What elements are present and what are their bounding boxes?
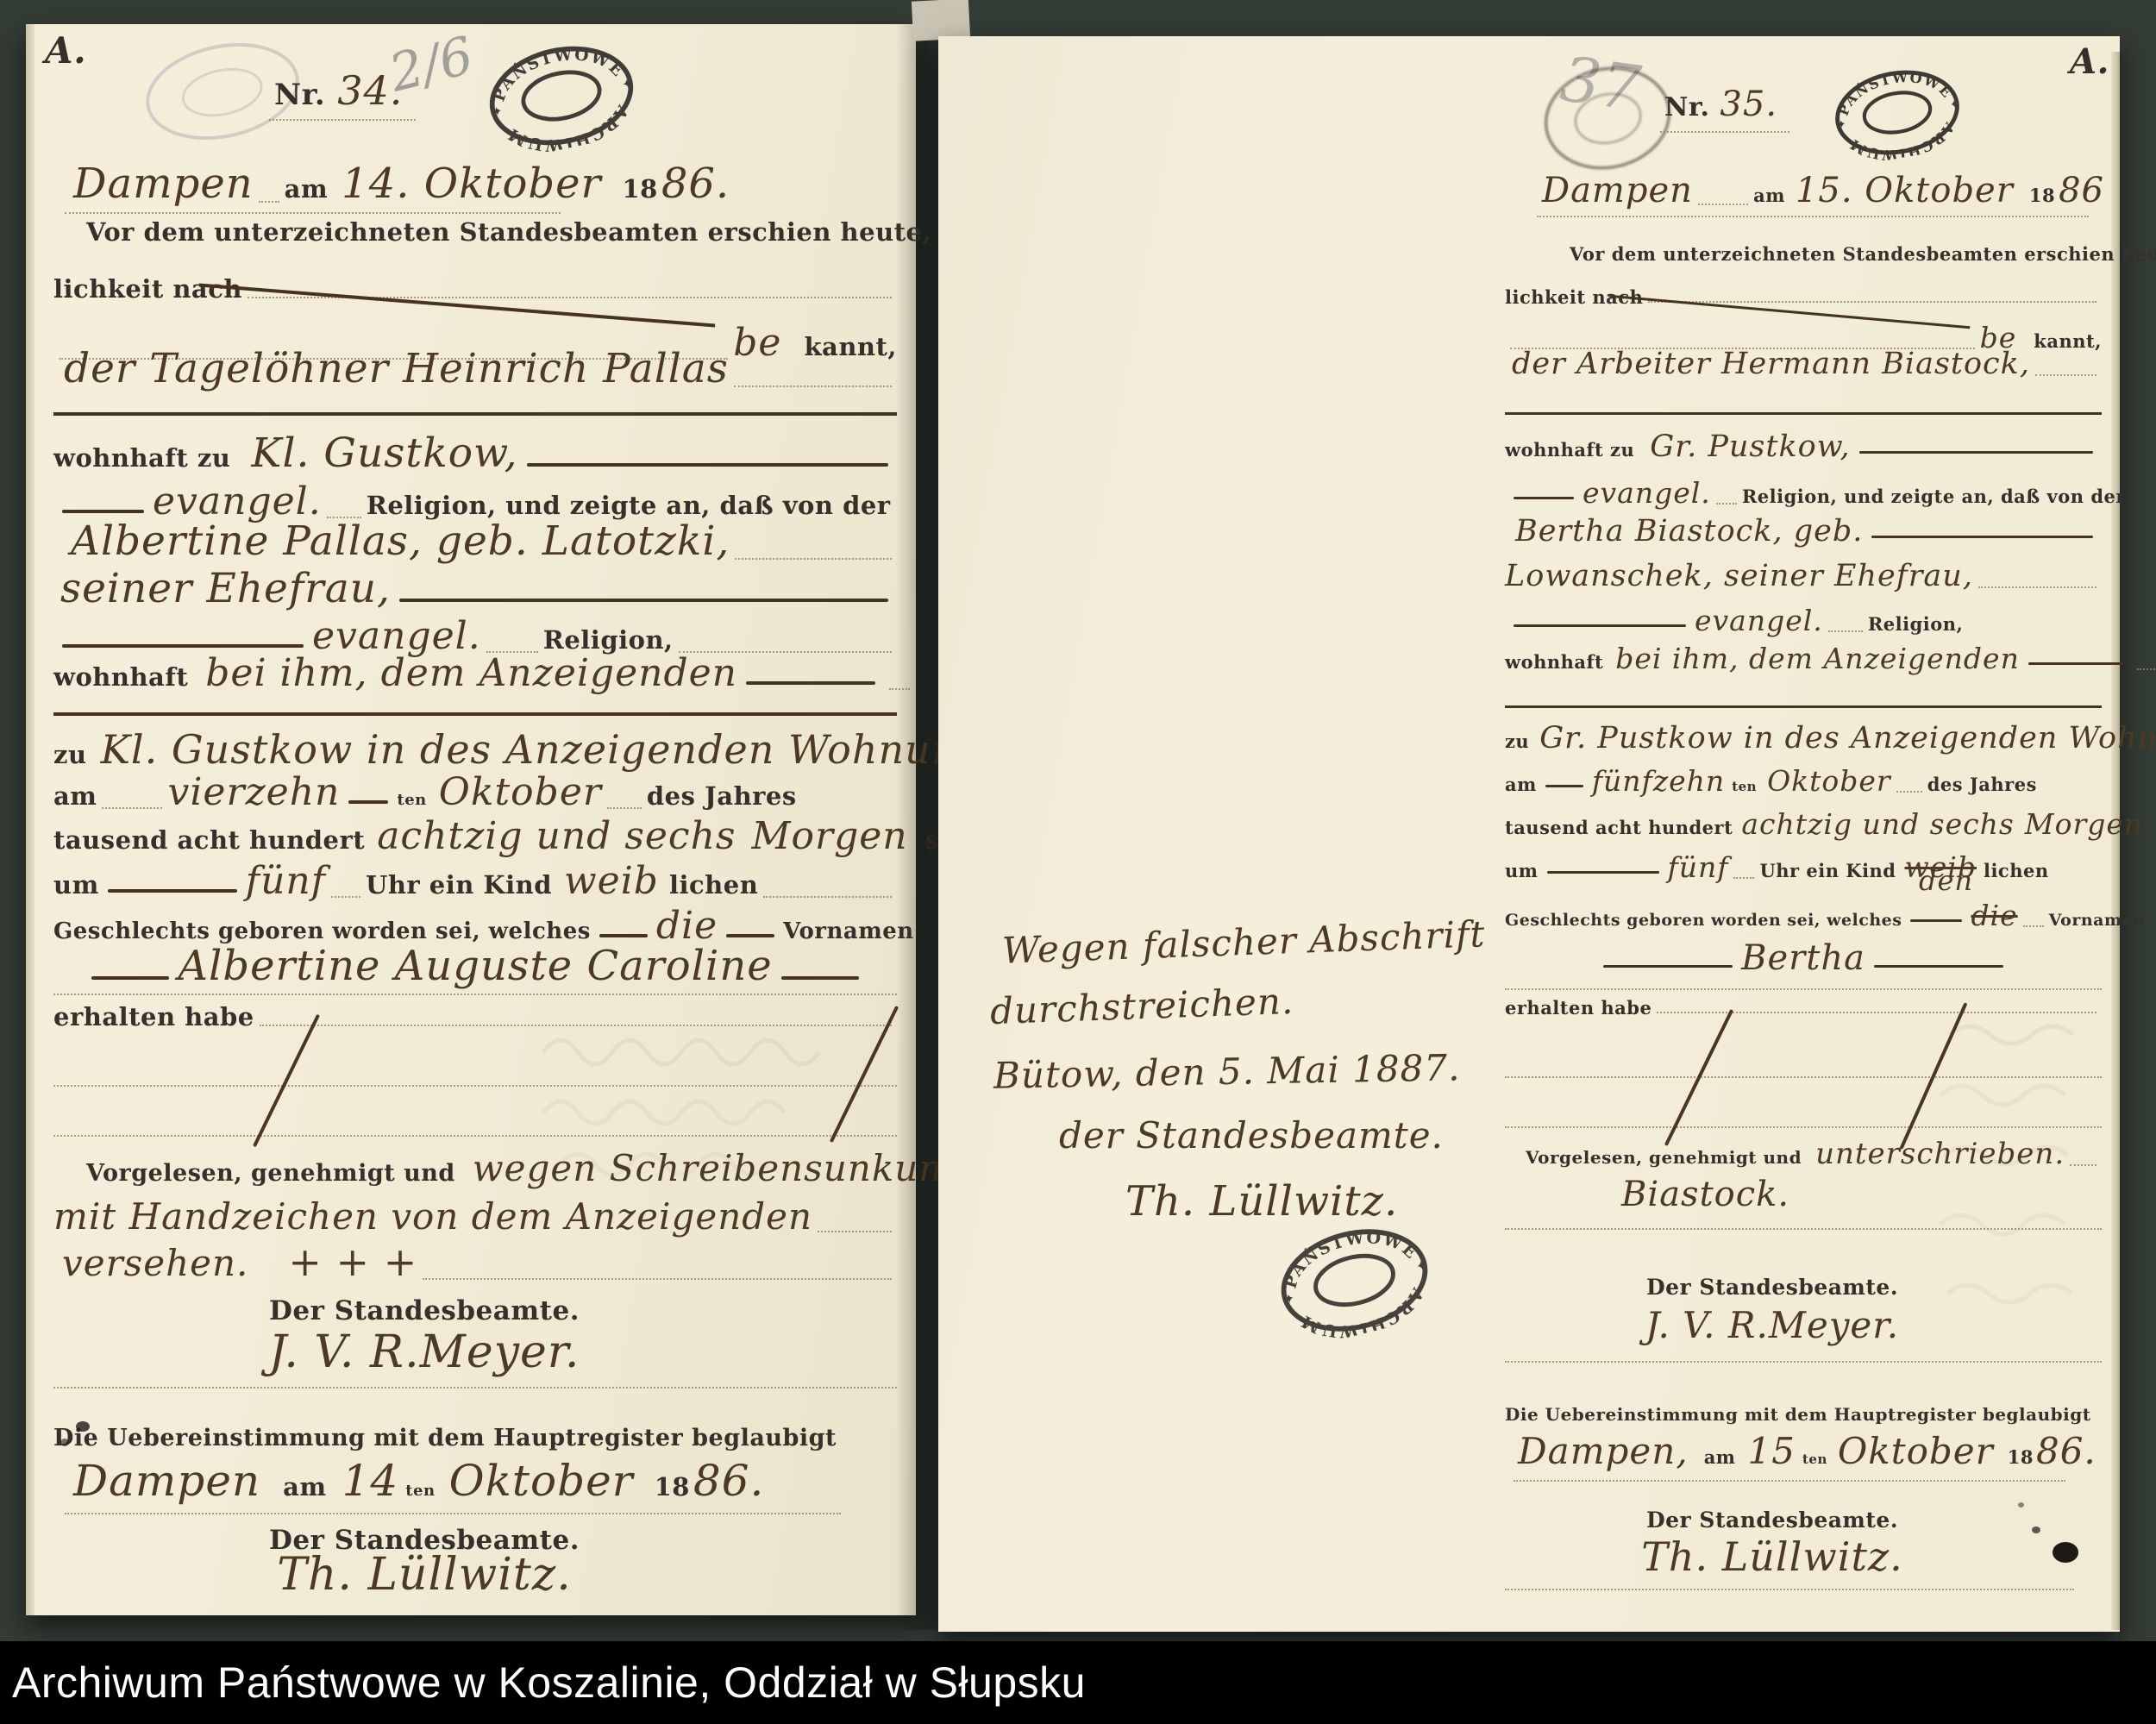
closing-line2-left: mit Handzeichen von dem Anzeigenden	[53, 1195, 897, 1238]
wohnhaft-zu-label-right: wohnhaft zu	[1505, 439, 1634, 461]
closing-line3-left: versehen. + + +	[53, 1238, 897, 1285]
annotation-text2: durchstreichen.	[989, 980, 1294, 1032]
ink-strike	[1859, 451, 2093, 454]
dotted-rule	[1505, 1589, 2074, 1590]
uhr-ein-kind-label: Uhr ein Kind	[366, 870, 552, 900]
morgens-written: Morgen	[752, 814, 908, 858]
religion2-written-right: evangel.	[1695, 604, 1823, 637]
am-label: am	[285, 174, 328, 204]
declarant-written: der Tagelöhner Heinrich Pallas	[64, 345, 729, 392]
residence2-written: bei ihm, dem Anzeigenden	[205, 651, 737, 695]
dotted-fill	[763, 896, 892, 898]
erhalten-habe-label: erhalten habe	[53, 1002, 254, 1031]
residence2-line-right: wohnhaft bei ihm, dem Anzeigenden	[1505, 642, 2102, 675]
ink-smudge	[76, 1421, 90, 1432]
dotted-fill	[1978, 586, 2096, 588]
dotted-rule	[269, 119, 416, 121]
wohnhaft-label-right: wohnhaft	[1505, 651, 1603, 673]
ink-strike	[1874, 965, 2003, 968]
beglaubigt-label: Die Uebereinstimmung mit dem Hauptregist…	[53, 1425, 837, 1451]
birthplace-line-left: zu Kl. Gustkow in des Anzeigenden Wohnun…	[53, 726, 897, 773]
smudged-stamp-inner	[1570, 87, 1646, 151]
corner-letter-left: A.	[45, 29, 86, 72]
religion-zeigte-label: Religion, und zeigte an, daß von der	[367, 491, 891, 520]
birthyear-written-right: achtzig und sechs	[1741, 807, 2014, 841]
dotted-fill	[889, 688, 910, 690]
year-printed-right: 18	[2029, 185, 2055, 206]
ink-strike	[91, 976, 169, 980]
bleed-through-decoration	[535, 1018, 897, 1190]
birthplace-written-right: Gr. Pustkow in des Anzeigenden Wohnung	[1539, 721, 2156, 755]
dotted-fill	[2035, 374, 2096, 376]
ink-strike	[746, 681, 875, 685]
um-label-right: um	[1505, 860, 1539, 881]
dotted-rule	[53, 994, 897, 995]
corner-letter-text-right: A.	[2070, 41, 2109, 82]
ehefrau-written: seiner Ehefrau,	[60, 565, 391, 612]
religion-label: Religion,	[543, 625, 674, 655]
mother1-line-left: Albertine Pallas, geb. Latotzki,	[53, 517, 897, 565]
nr-value-right: 35.	[1720, 85, 1777, 124]
dotted-fill	[1733, 877, 1754, 879]
mother2-line-left: seiner Ehefrau,	[53, 565, 897, 612]
certification-date-right: Dampen, am 15 ten Oktober 18 86.	[1518, 1430, 2087, 1472]
dotted-fill	[735, 558, 892, 560]
year-written-right: 86	[2059, 171, 2104, 210]
svg-text:✦: ✦	[621, 76, 635, 92]
dotted-fill	[1657, 1012, 2096, 1013]
standesbeamte-label2-right: Der Standesbeamte.	[1646, 1508, 1898, 1533]
mother1-line-right: Bertha Biastock, geb.	[1505, 514, 2102, 549]
birthhour-written: fünf	[246, 859, 326, 903]
ink-strike	[1603, 965, 1733, 968]
am-label2-right: am	[1505, 774, 1537, 795]
dotted-rule	[1514, 1480, 2065, 1482]
cert-am-label-right: am	[1704, 1446, 1736, 1468]
nr-label-right: Nr.	[1664, 92, 1709, 122]
intro-line2-left: lichkeit nach	[53, 274, 897, 304]
birthmonth-written: Oktober	[439, 770, 602, 814]
certification-date-left: Dampen am 14 ten Oktober 18 86.	[73, 1456, 849, 1506]
certification-line-left: Die Uebereinstimmung mit dem Hauptregist…	[53, 1425, 837, 1451]
ink-strike	[1545, 785, 1583, 787]
ink-blot	[2053, 1542, 2078, 1563]
cert-day-written: 14	[342, 1456, 399, 1506]
intro-line2-right: lichkeit nach	[1505, 286, 2102, 308]
declarant-written-right: der Arbeiter Hermann Biastock,	[1512, 347, 2030, 381]
cert-day-written-right: 15	[1748, 1430, 1796, 1472]
birthhour-line-right: um fünf Uhr ein Kind weib lichen	[1505, 850, 2102, 884]
birthplace-line-right: zu Gr. Pustkow in des Anzeigenden Wohnun…	[1505, 721, 2102, 755]
birthyear-line-right: tausend acht hundert achtzig und sechs M…	[1505, 807, 2102, 841]
dotted-rule	[65, 212, 561, 214]
vornamen-line-right: Geschlechts geboren worden sei, welches …	[1505, 899, 2102, 932]
ink-strike	[781, 976, 859, 980]
morgens-written-right: Morgen	[2025, 807, 2143, 841]
page-stack-edge-right	[2111, 52, 2120, 1630]
birthday-written: vierzehn	[167, 770, 340, 814]
declarant-line-right: der Arbeiter Hermann Biastock,	[1505, 347, 2102, 381]
vorgelesen-label-right: Vorgelesen, genehmigt und	[1526, 1147, 1802, 1168]
lichen-label: lichen	[669, 870, 758, 900]
heavy-rule	[1505, 705, 2102, 708]
handzeichen-crosses: + + +	[288, 1238, 417, 1285]
annotation-line4: der Standesbeamte.	[1059, 1114, 1444, 1157]
zu-label-right: zu	[1505, 730, 1529, 752]
mother2-line-right: Lowanschek, seiner Ehefrau,	[1505, 559, 2102, 593]
uhr-ein-kind-label-right: Uhr ein Kind	[1759, 860, 1896, 881]
ink-blot	[2032, 1527, 2040, 1533]
dotted-fill	[1716, 503, 1737, 505]
dotted-fill	[423, 1278, 892, 1280]
registrar-signature-written: J. V. R.Meyer.	[269, 1326, 580, 1378]
year-written: 86.	[661, 160, 730, 208]
tausend-label-right: tausend acht hundert	[1505, 817, 1733, 838]
ink-strike	[726, 934, 774, 937]
erhalten-habe-label-right: erhalten habe	[1505, 997, 1651, 1019]
article-correction-written: den	[1919, 864, 1973, 897]
date-line-right: Dampen am 15. Oktober 18 86	[1542, 171, 2104, 210]
cert-ten-label: ten	[405, 1482, 435, 1500]
official-title1-left: Der Standesbeamte.	[53, 1295, 795, 1326]
registrar-signature2-left: Th. Lüllwitz.	[53, 1549, 795, 1601]
geschlechts-label: Geschlechts geboren worden sei, welches	[53, 918, 591, 944]
svg-text:✦: ✦	[1414, 1257, 1429, 1275]
residence-written-right: Gr. Pustkow,	[1650, 429, 1850, 464]
dotted-fill	[2137, 668, 2156, 670]
article-correction-right: den	[1919, 864, 1973, 897]
residence-line-right: wohnhaft zu Gr. Pustkow,	[1505, 429, 2102, 464]
cert-year-written: 86.	[693, 1456, 765, 1506]
birthyear-written: achtzig und sechs	[377, 814, 736, 858]
birthyear-line-left: tausend acht hundert achtzig und sechs M…	[53, 814, 897, 858]
archive-caption-bar: Archiwum Państwowe w Koszalinie, Oddział…	[0, 1641, 2156, 1724]
cert-ten-label-right: ten	[1802, 1451, 1827, 1467]
svg-text:✦: ✦	[1282, 1290, 1296, 1308]
ink-strike	[1514, 624, 1686, 627]
standesbeamte-label: Der Standesbeamte.	[269, 1295, 580, 1326]
intro-line1-right: Vor dem unterzeichneten Standesbeamten e…	[1570, 243, 2156, 265]
dotted-fill	[734, 386, 892, 387]
svg-text:✦: ✦	[491, 103, 505, 120]
cert-place-written: Dampen	[73, 1456, 260, 1506]
ink-strike	[348, 800, 388, 804]
annotation-text4: der Standesbeamte.	[1059, 1114, 1444, 1157]
dotted-fill	[1896, 791, 1922, 793]
ink-strike	[108, 889, 237, 893]
corner-letter-right: A.	[2070, 41, 2109, 82]
dotted-rule	[65, 1513, 841, 1514]
annotation-text1: Wegen falscher Abschrift	[1001, 912, 1486, 972]
archive-scan-viewer: { "footer": {"label": "Archiwum Państwow…	[0, 0, 2156, 1724]
dotted-fill	[607, 807, 642, 809]
ink-smudge	[60, 1439, 69, 1446]
residence2-line-left: wohnhaft bei ihm, dem Anzeigenden	[53, 651, 897, 695]
annotation-line2: durchstreichen.	[990, 985, 1294, 1027]
cert-year-written-right: 86.	[2036, 1430, 2096, 1472]
vornamen-label: Vornamen	[783, 918, 914, 944]
ink-strike	[1910, 919, 1962, 922]
ehefrau-written-right: Lowanschek, seiner Ehefrau,	[1505, 559, 1973, 593]
date-written-right: 15. Oktober	[1796, 171, 2014, 210]
entry-number-left: Nr. 34.	[274, 67, 403, 114]
childname-line-right: Bertha	[1505, 938, 2102, 978]
ink-strike	[2028, 662, 2123, 665]
closing2-written: mit Handzeichen von dem Anzeigenden	[53, 1195, 812, 1238]
childname-written-right: Bertha	[1741, 938, 1865, 978]
religion1-line-right: evangel. Religion, und zeigte an, daß vo…	[1505, 476, 2102, 510]
closing3-written: versehen.	[62, 1242, 248, 1284]
um-label: um	[53, 870, 99, 900]
birthhour-written-right: fünf	[1668, 850, 1729, 884]
svg-text:✦: ✦	[1836, 116, 1847, 131]
date-line-left: Dampen am 14. Oktober 18 86.	[73, 160, 591, 208]
ink-strike	[599, 934, 648, 937]
erhalten-line-right: erhalten habe	[1505, 997, 2102, 1019]
official-title2-right: Der Standesbeamte.	[1505, 1508, 2040, 1533]
birthmonth-written-right: Oktober	[1767, 764, 1891, 798]
birthhour-line-left: um fünf Uhr ein Kind weib lichen	[53, 859, 897, 903]
des-jahres-label: des Jahres	[647, 781, 797, 811]
spine-tape	[912, 0, 970, 41]
ten-label: ten	[397, 791, 426, 809]
heavy-rule	[1505, 412, 2102, 415]
dotted-rule	[1660, 131, 1789, 133]
mother-name-written: Albertine Pallas, geb. Latotzki,	[71, 517, 730, 565]
archive-caption-text: Archiwum Państwowe w Koszalinie, Oddział…	[12, 1658, 1086, 1708]
ink-blot	[2018, 1502, 2024, 1508]
registrar-signature-written-right: J. V. R.Meyer.	[1645, 1304, 1899, 1346]
dotted-rule	[53, 1387, 897, 1389]
religion2-line-right: evangel. Religion,	[1505, 604, 2102, 637]
residence2-written-right: bei ihm, dem Anzeigenden	[1615, 642, 2020, 675]
ink-strike	[62, 644, 304, 648]
ink-strike	[527, 463, 888, 467]
childname-line-left: Albertine Auguste Caroline	[53, 942, 897, 990]
cert-place-written-right: Dampen,	[1518, 1430, 1689, 1472]
ink-strike	[399, 599, 888, 602]
dotted-rule	[1537, 216, 2089, 217]
date-written: 14. Oktober	[342, 160, 601, 208]
lichen-label-right: lichen	[1984, 860, 2049, 881]
certification-line-right: Die Uebereinstimmung mit dem Hauptregist…	[1505, 1404, 2090, 1425]
annotation-line3: Bütow, den 5. Mai 1887.	[993, 1050, 1460, 1093]
dotted-fill	[2023, 925, 2044, 927]
dotted-fill	[1648, 301, 2096, 303]
dotted-fill	[331, 896, 360, 898]
birthplace-written: Kl. Gustkow in des Anzeigenden Wohnung	[101, 726, 984, 773]
registrar-signature2-right: Th. Lüllwitz.	[1505, 1533, 2040, 1580]
standesbeamte-label-right: Der Standesbeamte.	[1646, 1275, 1898, 1300]
heavy-rule	[53, 412, 897, 416]
nr-label: Nr.	[274, 78, 325, 112]
year-printed: 18	[622, 174, 657, 204]
article-struck-written: die	[1971, 899, 2017, 932]
declarant-signature-written: Biastock.	[1621, 1175, 1789, 1214]
birthday-line-right: am fünfzehn ten Oktober des Jahres	[1505, 764, 2102, 798]
residence-written: Kl. Gustkow,	[251, 429, 517, 477]
wohnhaft-zu-label: wohnhaft zu	[53, 443, 230, 473]
dotted-fill	[102, 807, 162, 809]
lullwitz-signature-written-right: Th. Lüllwitz.	[1641, 1533, 1903, 1580]
annotation-line1: Wegen falscher Abschrift	[1002, 921, 1485, 963]
am-label2: am	[53, 781, 97, 811]
cert-year-printed: 18	[655, 1472, 690, 1501]
page-stack-edge-left	[26, 24, 34, 1615]
birthday-written-right: fünfzehn	[1592, 764, 1725, 798]
annotation-line5: Th. Lüllwitz.	[1125, 1177, 1398, 1226]
sex-written: weib	[564, 859, 659, 903]
dotted-fill	[259, 201, 279, 203]
vornamen-label-right: Vornamen	[2049, 911, 2146, 930]
residence-line-left: wohnhaft zu Kl. Gustkow,	[53, 429, 897, 477]
corner-letter-text: A.	[45, 29, 86, 72]
registrar-signature-left: J. V. R.Meyer.	[53, 1326, 795, 1378]
faded-ink-stamp-inner	[177, 61, 267, 124]
bleed-through-decoration	[1932, 1018, 2104, 1380]
mother-name-written-right: Bertha Biastock, geb.	[1515, 514, 1863, 549]
religion-label-right: Religion,	[1868, 613, 1964, 635]
entry-number-right: Nr. 35.	[1664, 85, 1777, 124]
wohnhaft-label: wohnhaft	[53, 662, 188, 692]
birthday-line-left: am vierzehn ten Oktober des Jahres	[53, 770, 897, 814]
cert-year-printed-right: 18	[2008, 1446, 2034, 1468]
tausend-label: tausend acht hundert	[53, 825, 365, 855]
religion-zeigte-label-right: Religion, und zeigte an, daß von der	[1742, 486, 2126, 507]
declarant-line-left: der Tagelöhner Heinrich Pallas	[53, 345, 897, 392]
lullwitz-signature-written: Th. Lüllwitz.	[277, 1549, 571, 1601]
s-label: s	[925, 825, 940, 855]
ink-strike	[62, 510, 144, 513]
annotation-text5: Th. Lüllwitz.	[1125, 1177, 1398, 1226]
am-label-right: am	[1753, 185, 1785, 206]
place-written-right: Dampen	[1542, 171, 1693, 210]
beglaubigt-label-right: Die Uebereinstimmung mit dem Hauptregist…	[1505, 1404, 2090, 1425]
intro-text-right: Vor dem unterzeichneten Standesbeamten e…	[1570, 243, 2156, 265]
dotted-fill	[1698, 204, 1748, 205]
ink-strike	[1514, 497, 1574, 499]
dotted-fill	[818, 1231, 892, 1232]
heavy-rule	[53, 712, 897, 716]
annotation-text3: Bütow, den 5. Mai 1887.	[993, 1046, 1461, 1096]
ink-strike	[1871, 536, 2093, 538]
ten-label-right: ten	[1732, 779, 1757, 794]
cert-month-written: Oktober	[449, 1456, 634, 1506]
cert-am-label: am	[283, 1472, 326, 1501]
geschlechts-label-right: Geschlechts geboren worden sei, welches	[1505, 911, 1902, 930]
cert-month-written-right: Oktober	[1838, 1430, 1994, 1472]
declarant-signature-right: Biastock.	[1621, 1175, 1789, 1214]
dotted-fill	[1828, 630, 1863, 632]
des-jahres-label-right: des Jahres	[1927, 774, 2037, 795]
zu-label: zu	[53, 740, 87, 769]
childname-written: Albertine Auguste Caroline	[178, 942, 772, 990]
religion1-written-right: evangel.	[1583, 476, 1711, 510]
ink-strike	[1547, 871, 1659, 874]
vorgelesen-label: Vorgelesen, genehmigt und	[86, 1160, 455, 1187]
place-written: Dampen	[73, 160, 254, 208]
dotted-rule	[1505, 988, 2102, 990]
lichkeit-nach-label: lichkeit nach	[53, 274, 242, 304]
svg-text:✦: ✦	[1949, 97, 1960, 111]
